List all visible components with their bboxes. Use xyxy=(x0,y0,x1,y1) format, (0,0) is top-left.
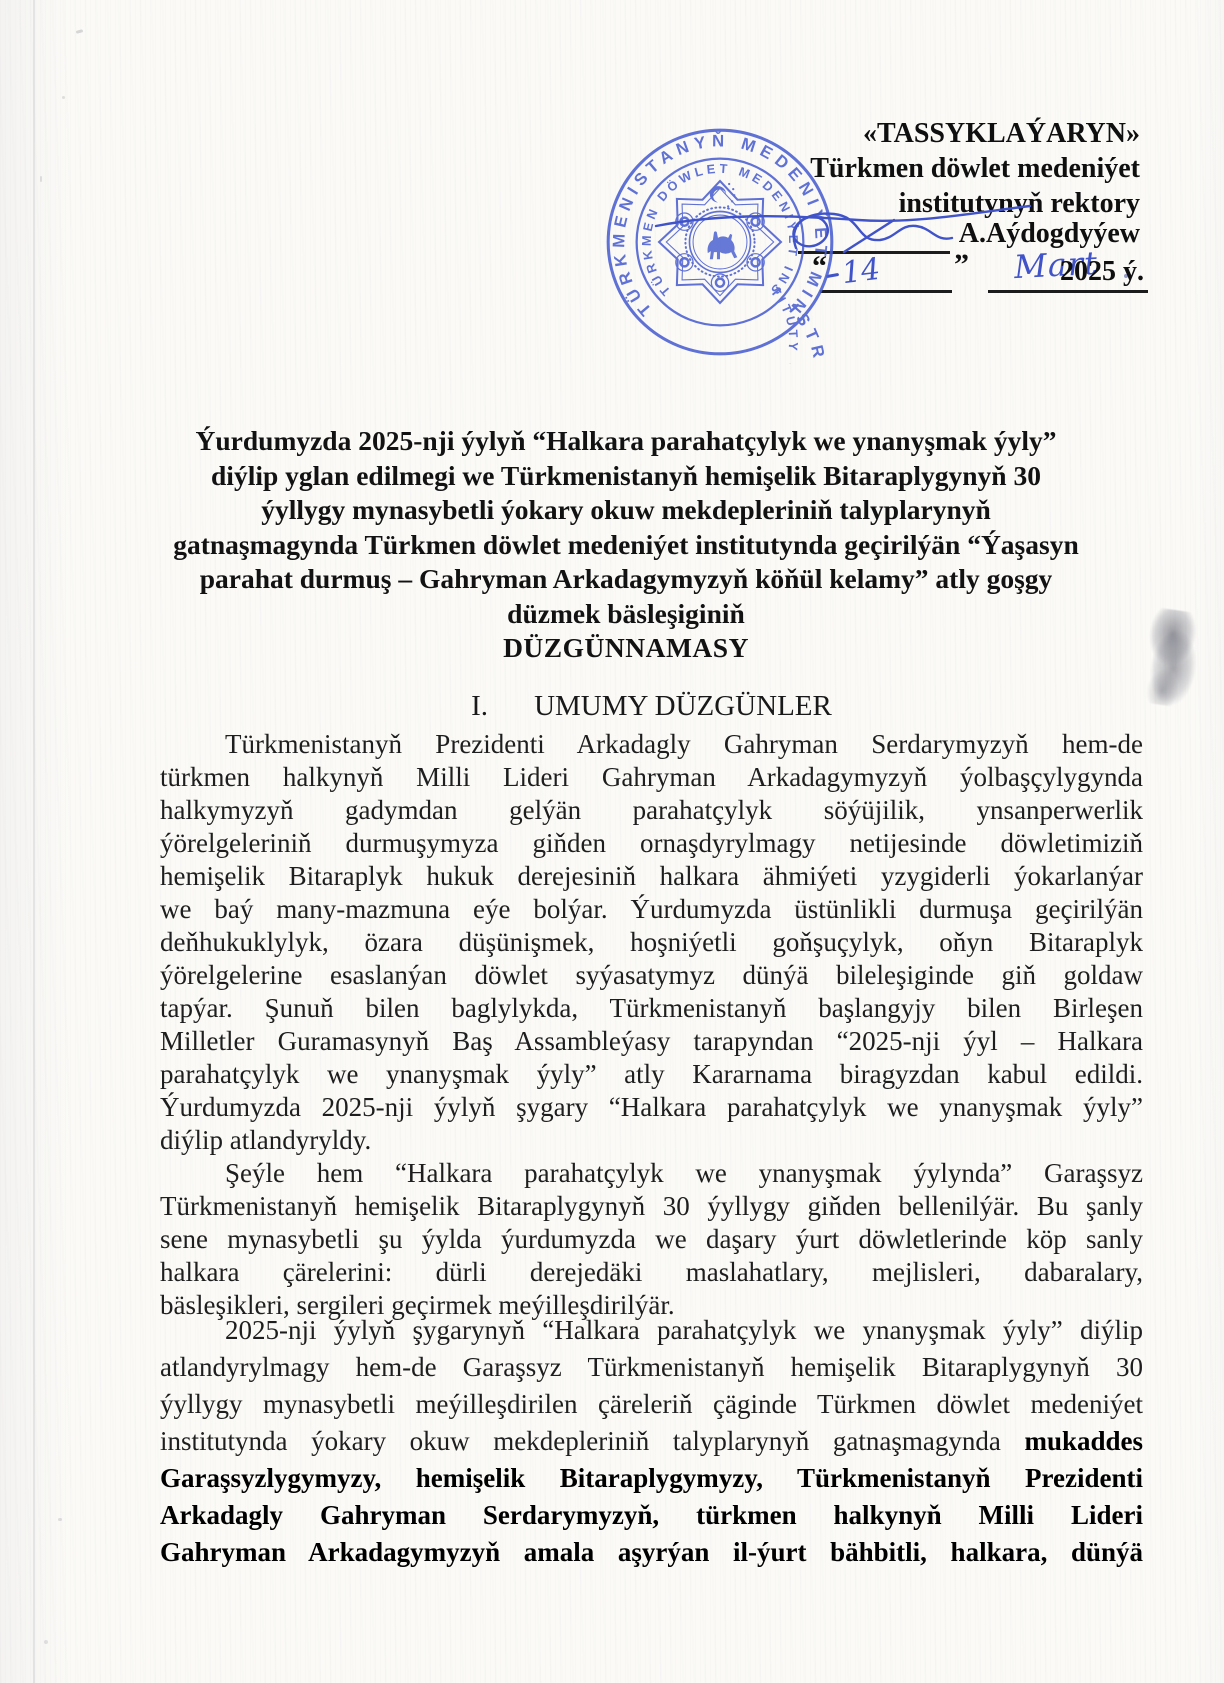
bold-text: Arkadagly Gahryman Serdarymyzyň, türkmen… xyxy=(160,1500,1143,1530)
body-text: Türkmenistanyň Prezidenti Arkadagly Gahr… xyxy=(160,728,1143,1571)
text: institutynda ýokary okuw mekdepleriniň t… xyxy=(160,1426,1024,1456)
scan-speck xyxy=(76,29,84,34)
text: Şeýle hem “Halkara parahatçylyk we ynany… xyxy=(225,1158,1143,1188)
text: we baý many-mazmuna eýe bolýar. Ýurdumyz… xyxy=(160,894,1143,924)
body-line: Ýurdumyzda 2025-nji ýylyň şygary “Halkar… xyxy=(160,1091,1143,1124)
text: ýyllygy mynasybetli meýilleşdirilen çäre… xyxy=(160,1389,1143,1419)
text: parahatçylyk we ynanyşmak ýyly” atly Kar… xyxy=(160,1059,1143,1089)
body-line: tapýar. Şunuň bilen baglylykda, Türkmeni… xyxy=(160,992,1143,1025)
body-line: parahatçylyk we ynanyşmak ýyly” atly Kar… xyxy=(160,1058,1143,1091)
body-line: Garaşsyzlygymyzy, hemişelik Bitaraplygym… xyxy=(160,1460,1143,1497)
scan-speck xyxy=(62,96,65,99)
bold-text: Gahryman Arkadagymyzyň amala aşyrýan il-… xyxy=(160,1537,1143,1567)
body-line: diýlip atlandyryldy. xyxy=(160,1124,1143,1157)
body-line: Şeýle hem “Halkara parahatçylyk we ynany… xyxy=(160,1157,1143,1190)
title-line: DÜZGÜNNAMASY xyxy=(134,631,1118,666)
body-line: 2025-nji ýylyň şygarynyň “Halkara paraha… xyxy=(160,1312,1143,1349)
page-edge-line xyxy=(33,0,35,1683)
rector-signature xyxy=(648,186,1038,276)
body-line: halkara çärelerini: dürli derejedäki mas… xyxy=(160,1256,1143,1289)
body-line: Türkmenistanyň hemişelik Bitaraplygynyň … xyxy=(160,1190,1143,1223)
body-line: Gahryman Arkadagymyzyň amala aşyrýan il-… xyxy=(160,1534,1143,1571)
title-line: ýyllygy mynasybetli ýokary okuw mekdeple… xyxy=(134,493,1118,528)
scan-speck xyxy=(58,1518,62,1521)
text: ýörelgelerine esaslanýan döwlet syýasaty… xyxy=(160,960,1143,990)
section-title: UMUMY DÜZGÜNLER xyxy=(534,690,832,723)
body-line: Türkmenistanyň Prezidenti Arkadagly Gahr… xyxy=(160,728,1143,761)
text: türkmen halkynyň Milli Lideri Gahryman A… xyxy=(160,762,1143,792)
text: atlandyrylmagy hem-de Garaşsyz Türkmenis… xyxy=(160,1352,1143,1382)
body-line: institutynda ýokary okuw mekdepleriniň t… xyxy=(160,1423,1143,1460)
title-line: gatnaşmagynda Türkmen döwlet medeniýet i… xyxy=(134,528,1118,563)
text: Milletler Guramasynyň Baş Assambleýasy t… xyxy=(160,1026,1143,1056)
scan-speck xyxy=(44,1640,48,1644)
title-line: diýlip yglan edilmegi we Türkmenistanyň … xyxy=(134,459,1118,494)
body-line: sene mynasybetli şu ýylda ýurdumyzda we … xyxy=(160,1223,1143,1256)
body-line: ýörelgelerine esaslanýan döwlet syýasaty… xyxy=(160,959,1143,992)
document-page: «TASSYKLAÝARYN» Türkmen döwlet medeniýet… xyxy=(0,0,1224,1683)
signature-strokes xyxy=(648,186,1038,276)
body-line: deňhukuklylyk, özara düşünişmek, hoşniýe… xyxy=(160,926,1143,959)
text: halkara çärelerini: dürli derejedäki mas… xyxy=(160,1257,1143,1287)
bold-text: Garaşsyzlygymyzy, hemişelik Bitaraplygym… xyxy=(160,1463,1143,1493)
paragraph: 2025-nji ýylyň şygarynyň “Halkara paraha… xyxy=(160,1312,1143,1571)
text: halkymyzyň gadymdan gelýän parahatçylyk … xyxy=(160,795,1143,825)
ink-smudge xyxy=(1140,607,1205,709)
text: hemişelik Bitaraplyk hukuk derejesiniň h… xyxy=(160,861,1143,891)
title-line: Ýurdumyzda 2025-nji ýylyň “Halkara parah… xyxy=(134,424,1118,459)
body-line: atlandyrylmagy hem-de Garaşsyz Türkmenis… xyxy=(160,1349,1143,1386)
body-line: türkmen halkynyň Milli Lideri Gahryman A… xyxy=(160,761,1143,794)
body-line: hemişelik Bitaraplyk hukuk derejesiniň h… xyxy=(160,860,1143,893)
body-line: ýyllygy mynasybetli meýilleşdirilen çäre… xyxy=(160,1386,1143,1423)
section-heading: I. UMUMY DÜZGÜNLER xyxy=(160,690,1143,723)
paragraph: Türkmenistanyň Prezidenti Arkadagly Gahr… xyxy=(160,728,1143,1157)
text: tapýar. Şunuň bilen baglylykda, Türkmeni… xyxy=(160,993,1143,1023)
scan-speck xyxy=(40,176,42,182)
bold-text: mukaddes xyxy=(1024,1426,1143,1456)
text: Ýurdumyzda 2025-nji ýylyň şygary “Halkar… xyxy=(160,1092,1143,1122)
text: Türkmenistanyň Prezidenti Arkadagly Gahr… xyxy=(225,729,1143,759)
body-line: Arkadagly Gahryman Serdarymyzyň, türkmen… xyxy=(160,1497,1143,1534)
title-block: Ýurdumyzda 2025-nji ýylyň “Halkara parah… xyxy=(134,424,1118,666)
section-numeral: I. xyxy=(471,690,488,723)
month-line xyxy=(988,290,1148,293)
body-line: Milletler Guramasynyň Baş Assambleýasy t… xyxy=(160,1025,1143,1058)
paragraph: Şeýle hem “Halkara parahatçylyk we ynany… xyxy=(160,1157,1143,1322)
text: diýlip atlandyryldy. xyxy=(160,1125,371,1155)
text: sene mynasybetli şu ýylda ýurdumyzda we … xyxy=(160,1224,1143,1254)
title-line: düzmek bäsleşiginiň xyxy=(134,597,1118,632)
text: ýörelgeleriniň durmuşymyza giňden ornaşd… xyxy=(160,828,1143,858)
year-label: 2025 ý. xyxy=(1060,256,1144,288)
body-line: ýörelgeleriniň durmuşymyza giňden ornaşd… xyxy=(160,827,1143,860)
text: 2025-nji ýylyň şygarynyň “Halkara paraha… xyxy=(225,1315,1143,1345)
body-line: halkymyzyň gadymdan gelýän parahatçylyk … xyxy=(160,794,1143,827)
body-line: we baý many-mazmuna eýe bolýar. Ýurdumyz… xyxy=(160,893,1143,926)
text: deňhukuklylyk, özara düşünişmek, hoşniýe… xyxy=(160,927,1143,957)
title-line: parahat durmuş – Gahryman Arkadagymyzyň … xyxy=(134,562,1118,597)
text: Türkmenistanyň hemişelik Bitaraplygynyň … xyxy=(160,1191,1143,1221)
